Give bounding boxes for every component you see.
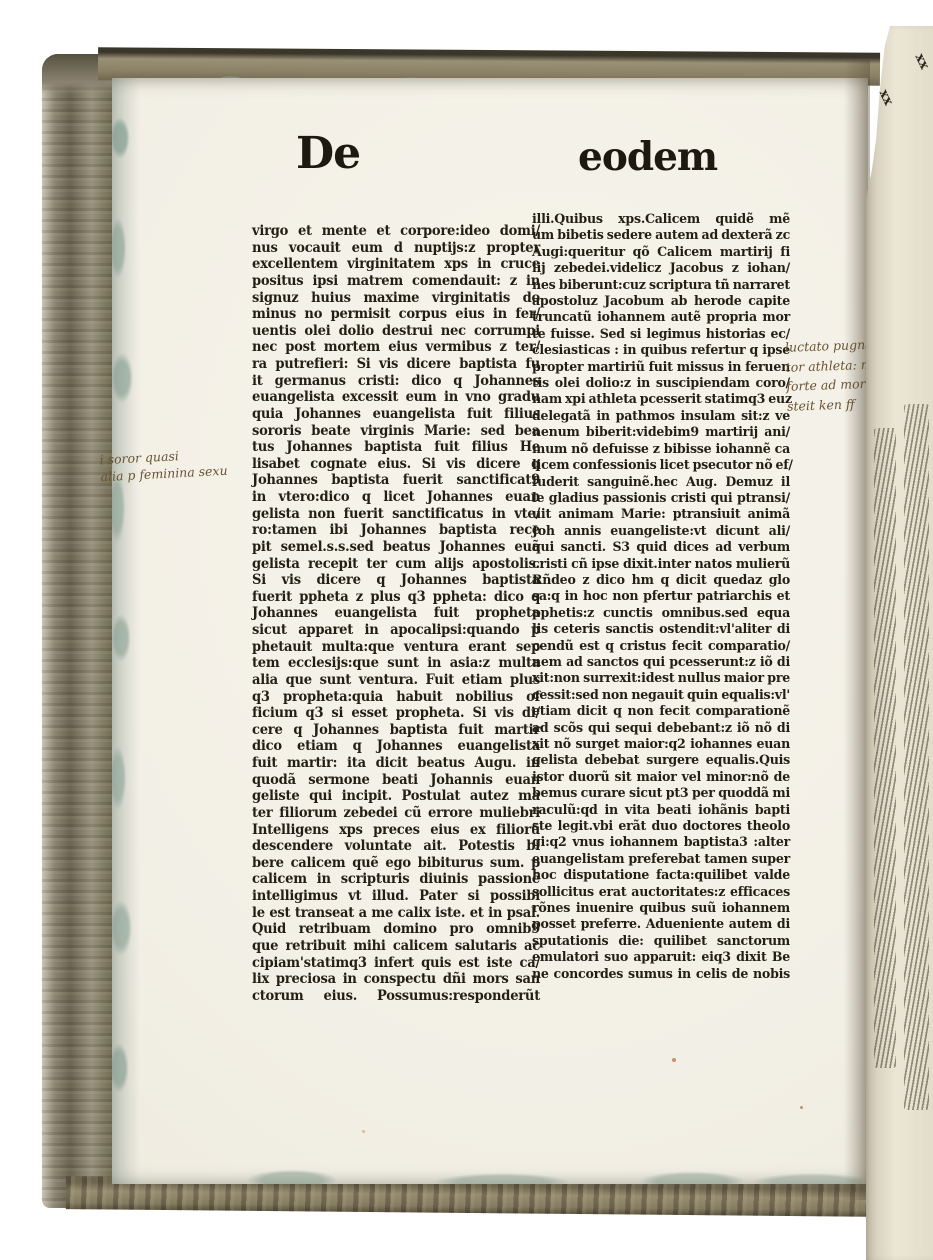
text-line: quia Johannes euangelista fuit filius [252,407,540,424]
running-title-left: De [296,128,360,179]
text-line: lij zebedei.videlicz Jacobus z iohan/ [532,260,790,277]
foxing-spot [800,1106,803,1109]
text-line: cipiam'statimq3 infert quis est iste ca/ [252,955,540,972]
text-line: le gladius passionis cristi qui ptransi/ [532,490,790,507]
text-line: hoc disputatione facta:quilibet valde [532,867,790,884]
text-line: sicut apparet in apocalipsi:quando p [252,623,540,640]
foxing-spot [672,1058,676,1062]
text-line: signuz huius maxime virginitatis do [252,290,540,307]
text-line: xit:non surrexit:idest nullus maior pre [532,670,790,687]
foreshortened-text-column [874,428,896,1068]
text-line: fuderit sanguinẽ.hec Aug. Demuz il [532,473,790,490]
text-line: te fuisse. Sed si legimus historias ec/ [532,326,790,343]
text-line: xit nõ surget maior:q2 iohannes euan [532,736,790,753]
text-line: gelista debebat surgere equalis.Quis [532,752,790,769]
text-line: cendũ est q cristus fecit comparatio/ [532,637,790,654]
text-line: raculũ:qd in vita beati iohãnis bapti [532,801,790,818]
text-line: minus no permisit corpus eius in fer/ [252,307,540,324]
text-line: fuerit ppheta z plus q3 ppheta: dico q [252,589,540,606]
book-page: De eodem virgo et mente et corpore:ideo … [112,78,868,1184]
text-line: clesiasticas : in quibus refertur q ipse [532,342,790,359]
text-line: istor duorũ sit maior vel minor:nõ de [532,768,790,785]
text-line: geliste qui incipit. Postulat autez ma [252,789,540,806]
text-line: excellentem virginitatem xps in cruce [252,257,540,274]
bottom-stain [172,1160,862,1184]
text-line: Intelligens xps preces eius ex filiorũ [252,822,540,839]
text-line: rõnes inuenire quibus suũ iohannem [532,900,790,917]
text-line: ra putrefieri: Si vis dicere baptista fu [252,357,540,374]
text-line: Johannes euangelista fuit propheta [252,606,540,623]
text-line: ne concordes sumus in celis de nobis [532,965,790,982]
text-line: cessit:sed non negauit quin equalis:vl' [532,686,790,703]
text-line: fuit martir: ita dicit beatus Augu. in [252,756,540,773]
text-line: licem confessionis licet psecutor nõ ef/ [532,457,790,474]
text-line: Joh annis euangeliste:vt dicunt ali/ [532,522,790,539]
text-line: in vtero:dico q licet Johannes euan [252,490,540,507]
text-line: ficium q3 si esset propheta. Si vis di/ [252,706,540,723]
text-line: Augi:queritur qõ Calicem martirij fi [532,243,790,260]
text-column-right: illi.Quibus xps.Calicem quidẽ mẽum bibet… [532,211,790,982]
text-line: ro:tamen ibi Johannes baptista rece [252,523,540,540]
text-line: q3 propheta:quia habuit nobilius of [252,689,540,706]
text-line: que retribuit mihi calicem salutaris ac [252,939,540,956]
text-line: qui sancti. S3 quid dices ad verbum [532,539,790,556]
text-line: sollicitus erat auctoritates:z efficaces [532,883,790,900]
text-line: lix preciosa in conspectu dñi mors san [252,972,540,989]
text-line: pphetis:z cunctis omnibus.sed equa [532,604,790,621]
text-line: it germanus cristi: dico q Johannes [252,373,540,390]
text-line: tis olei dolio:z in suscipiendam coro/ [532,375,790,392]
text-line: cere q Johannes baptista fuit martir [252,722,540,739]
signature-mark: xx [912,51,932,71]
running-title-right: eodem [578,134,717,180]
text-line: emulatori suo apparuit: eiq3 dixit Be [532,949,790,966]
text-line: sa:q in hoc non pfertur patriarchis et [532,588,790,605]
next-page-edge: xx xx [866,26,933,1260]
text-line: nenum biberit:videbim9 martirij ani/ [532,424,790,441]
text-line: lisabet cognate eius. Si vis dicere q [252,456,540,473]
gutter-stain [112,78,152,1184]
text-line: ste legit.vbi erãt duo doctores theolo [532,818,790,835]
text-line: ter filiorum zebedei cũ errore muliebri [252,806,540,823]
text-line: intelligimus vt illud. Pater si possibi [252,889,540,906]
text-line: Si vis dicere q Johannes baptista [252,573,540,590]
text-line: sororis beate virginis Marie: sed bea [252,423,540,440]
text-line: nus vocauit eum d nuptijs:z propter [252,240,540,257]
text-line: Quid retribuam domino pro omnib9 [252,922,540,939]
text-line: tem ecclesijs:que sunt in asia:z multa [252,656,540,673]
text-line: nec post mortem eius vermibus z ter/ [252,340,540,357]
text-line: illi.Quibus xps.Calicem quidẽ mẽ [532,211,790,228]
text-line: mum nõ defuisse z bibisse iohannẽ ca [532,440,790,457]
text-line: nam xpi athleta pcesserit statimq3 euz [532,391,790,408]
marginal-annotation-left: i soror quasialia p feminina sexu [99,445,228,486]
foxing-spot [362,1130,365,1133]
text-line: propter martiriũ fuit missus in feruen [532,358,790,375]
text-line: euangelista excessit eum in vno gradu [252,390,540,407]
text-line: cristi cñ ipse dixit.inter natos mulierũ [532,555,790,572]
text-line: ctorum eius. Possumus:responderũt [252,988,540,1005]
text-line: nes biberunt:cuz scriptura tñ narraret [532,276,790,293]
text-line: euangelistam preferebat tamen super [532,851,790,868]
text-line: lis ceteris sanctis ostendit:vl'aliter d… [532,621,790,638]
text-line: um bibetis sedere autem ad dexterã zc [532,227,790,244]
text-line: Rñdeo z dico hm q dicit quedaz glo [532,572,790,589]
text-line: gelista recepit ter cum alijs apostolis. [252,556,540,573]
text-line: bemus curare sicut pt3 per quoddã mi [532,785,790,802]
text-line: bere calicem quẽ ego bibiturus sum. p [252,855,540,872]
text-line: ad scõs qui sequi debebant:z iõ nõ di [532,719,790,736]
text-line: tus Johannes baptista fuit filius He [252,440,540,457]
text-line: descendere voluntate ait. Potestis bi [252,839,540,856]
text-line: alia que sunt ventura. Fuit etiam plus [252,673,540,690]
text-line: dico etiam q Johannes euangelista [252,739,540,756]
foreshortened-text-column [904,404,929,1110]
signature-mark: xx [876,87,896,107]
text-line: uentis olei dolio destrui nec corrumpi [252,323,540,340]
text-line: apostoluz Jacobum ab herode capite [532,293,790,310]
text-line: virgo et mente et corpore:ideo domi/ [252,224,540,241]
text-line: etiam dicit q non fecit comparationẽ [532,703,790,720]
text-line: nem ad sanctos qui pcesserunt:z iõ di [532,654,790,671]
text-line: sputationis die: quilibet sanctorum [532,933,790,950]
text-line: truncatũ iohannem autẽ propria mor [532,309,790,326]
text-line: positus ipsi matrem comendauit: z in [252,274,540,291]
text-line: calicem in scripturis diuinis passionẽ [252,872,540,889]
text-line: quodã sermone beati Johannis euan [252,772,540,789]
text-line: posset preferre. Adueniente autem di [532,916,790,933]
text-line: delegatã in pathmos insulam sit:z ve [532,408,790,425]
text-line: gelista non fuerit sanctificatus in vte/ [252,506,540,523]
text-line: Johannes baptista fuerit sanctificat9 [252,473,540,490]
text-line: phetauit multa:que ventura erant sep [252,639,540,656]
text-line: le est transeat a me calix iste. et in p… [252,905,540,922]
text-line: gi:q2 vnus iohannem baptista3 :alter [532,834,790,851]
text-line: uit animam Marie: ptransiuit animã [532,506,790,523]
text-column-left: virgo et mente et corpore:ideo domi/nus … [252,224,540,1005]
text-line: pit semel.s.s.sed beatus Johannes euã [252,540,540,557]
photo-backdrop: De eodem virgo et mente et corpore:ideo … [0,0,933,1260]
